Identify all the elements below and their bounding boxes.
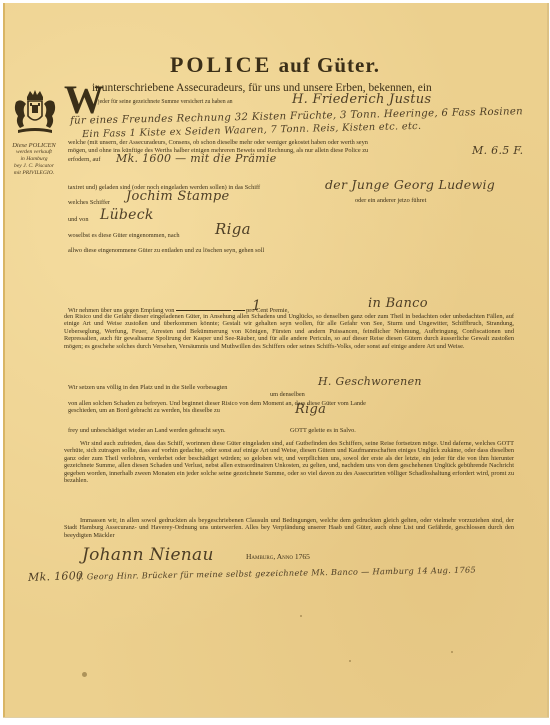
clauses-paragraph: Immassen wir, in allen sowol gedruckten … bbox=[64, 517, 514, 539]
destination-port-handwritten-2: Riga bbox=[295, 402, 326, 417]
imprint-line: werden verkauft bbox=[3, 149, 65, 156]
hamburg-coat-of-arms-icon bbox=[10, 88, 60, 136]
premium-rate-handwritten: 1 bbox=[252, 298, 261, 314]
place-and-date: Hamburg, Anno 1765 bbox=[246, 552, 310, 561]
paper-stain bbox=[349, 660, 351, 662]
origin-port-handwritten: Lübeck bbox=[100, 207, 154, 223]
title-main: POLICE bbox=[170, 52, 272, 77]
publisher-imprint: Diese POLICEN werden verkauft in Hamburg… bbox=[3, 142, 65, 177]
imprint-line: mit PRIVILEGIO. bbox=[3, 170, 65, 177]
imprint-line: bey J. C. Piscator bbox=[3, 163, 65, 170]
unload-line: allwo diese eingenommene Güter zu entlad… bbox=[68, 247, 264, 254]
satisfied-paragraph: Wir sind auch zufrieden, dass das Schiff… bbox=[64, 440, 514, 484]
insured-name-handwritten: H. Friederich Justus bbox=[292, 92, 431, 107]
place-um-text: um denselben bbox=[270, 391, 305, 398]
gott-line: GOTT geleite es in Salvo. bbox=[290, 427, 356, 434]
underwriter-amount-handwritten: Mk. 1600 bbox=[28, 569, 84, 584]
skipper-name-handwritten: Jochim Stampe bbox=[126, 189, 229, 204]
premium-payment-handwritten: in Banco bbox=[368, 296, 428, 311]
insured-amount-handwritten: Mk. 1600 — mit die Prämie bbox=[116, 152, 277, 165]
document-title: POLICE auf Güter. bbox=[0, 52, 550, 78]
consent-line-1: welche (mit unsern, der Assecuradeurs, C… bbox=[68, 139, 368, 146]
landed-line: frey und unbeschädiget wieder an Land we… bbox=[68, 427, 226, 434]
other-skipper-text: oder ein anderer jetzo führet bbox=[355, 197, 426, 204]
paper-stain bbox=[451, 651, 453, 653]
risk-paragraph: den Risico und die Gefahr dieser eingela… bbox=[64, 313, 514, 350]
destination-port-handwritten: Riga bbox=[215, 220, 251, 238]
paper-stain bbox=[82, 672, 87, 677]
ship-name-handwritten: der Junge Georg Ludewig bbox=[325, 177, 495, 192]
taxed-value-handwritten: M. 6.5 F. bbox=[472, 144, 523, 157]
imprint-line: Diese POLICEN bbox=[3, 142, 65, 149]
imprint-line: in Hamburg bbox=[3, 156, 65, 163]
skipper-label: welches Schiffer bbox=[68, 199, 110, 206]
premium-blank bbox=[233, 310, 245, 311]
title-rest: auf Güter. bbox=[279, 53, 380, 77]
loaded-label: woselbst es diese Güter eingenommen, nac… bbox=[68, 232, 180, 239]
from-label: und von bbox=[68, 216, 88, 223]
separated-line: geschieden, um an Bord gebracht zu werde… bbox=[68, 407, 220, 414]
consent-line-3: erfodern, auf bbox=[68, 156, 101, 163]
place-line: Wir setzen uns völlig in den Platz und i… bbox=[68, 384, 227, 391]
header-line-2: jeder für seine gezeichnete Summe versic… bbox=[98, 99, 233, 105]
premium-blank bbox=[176, 310, 231, 311]
broker-signature-handwritten: Johann Nienau bbox=[82, 545, 214, 565]
place-handwritten: H. Geschworenen bbox=[318, 375, 422, 388]
paper-stain bbox=[300, 615, 302, 617]
